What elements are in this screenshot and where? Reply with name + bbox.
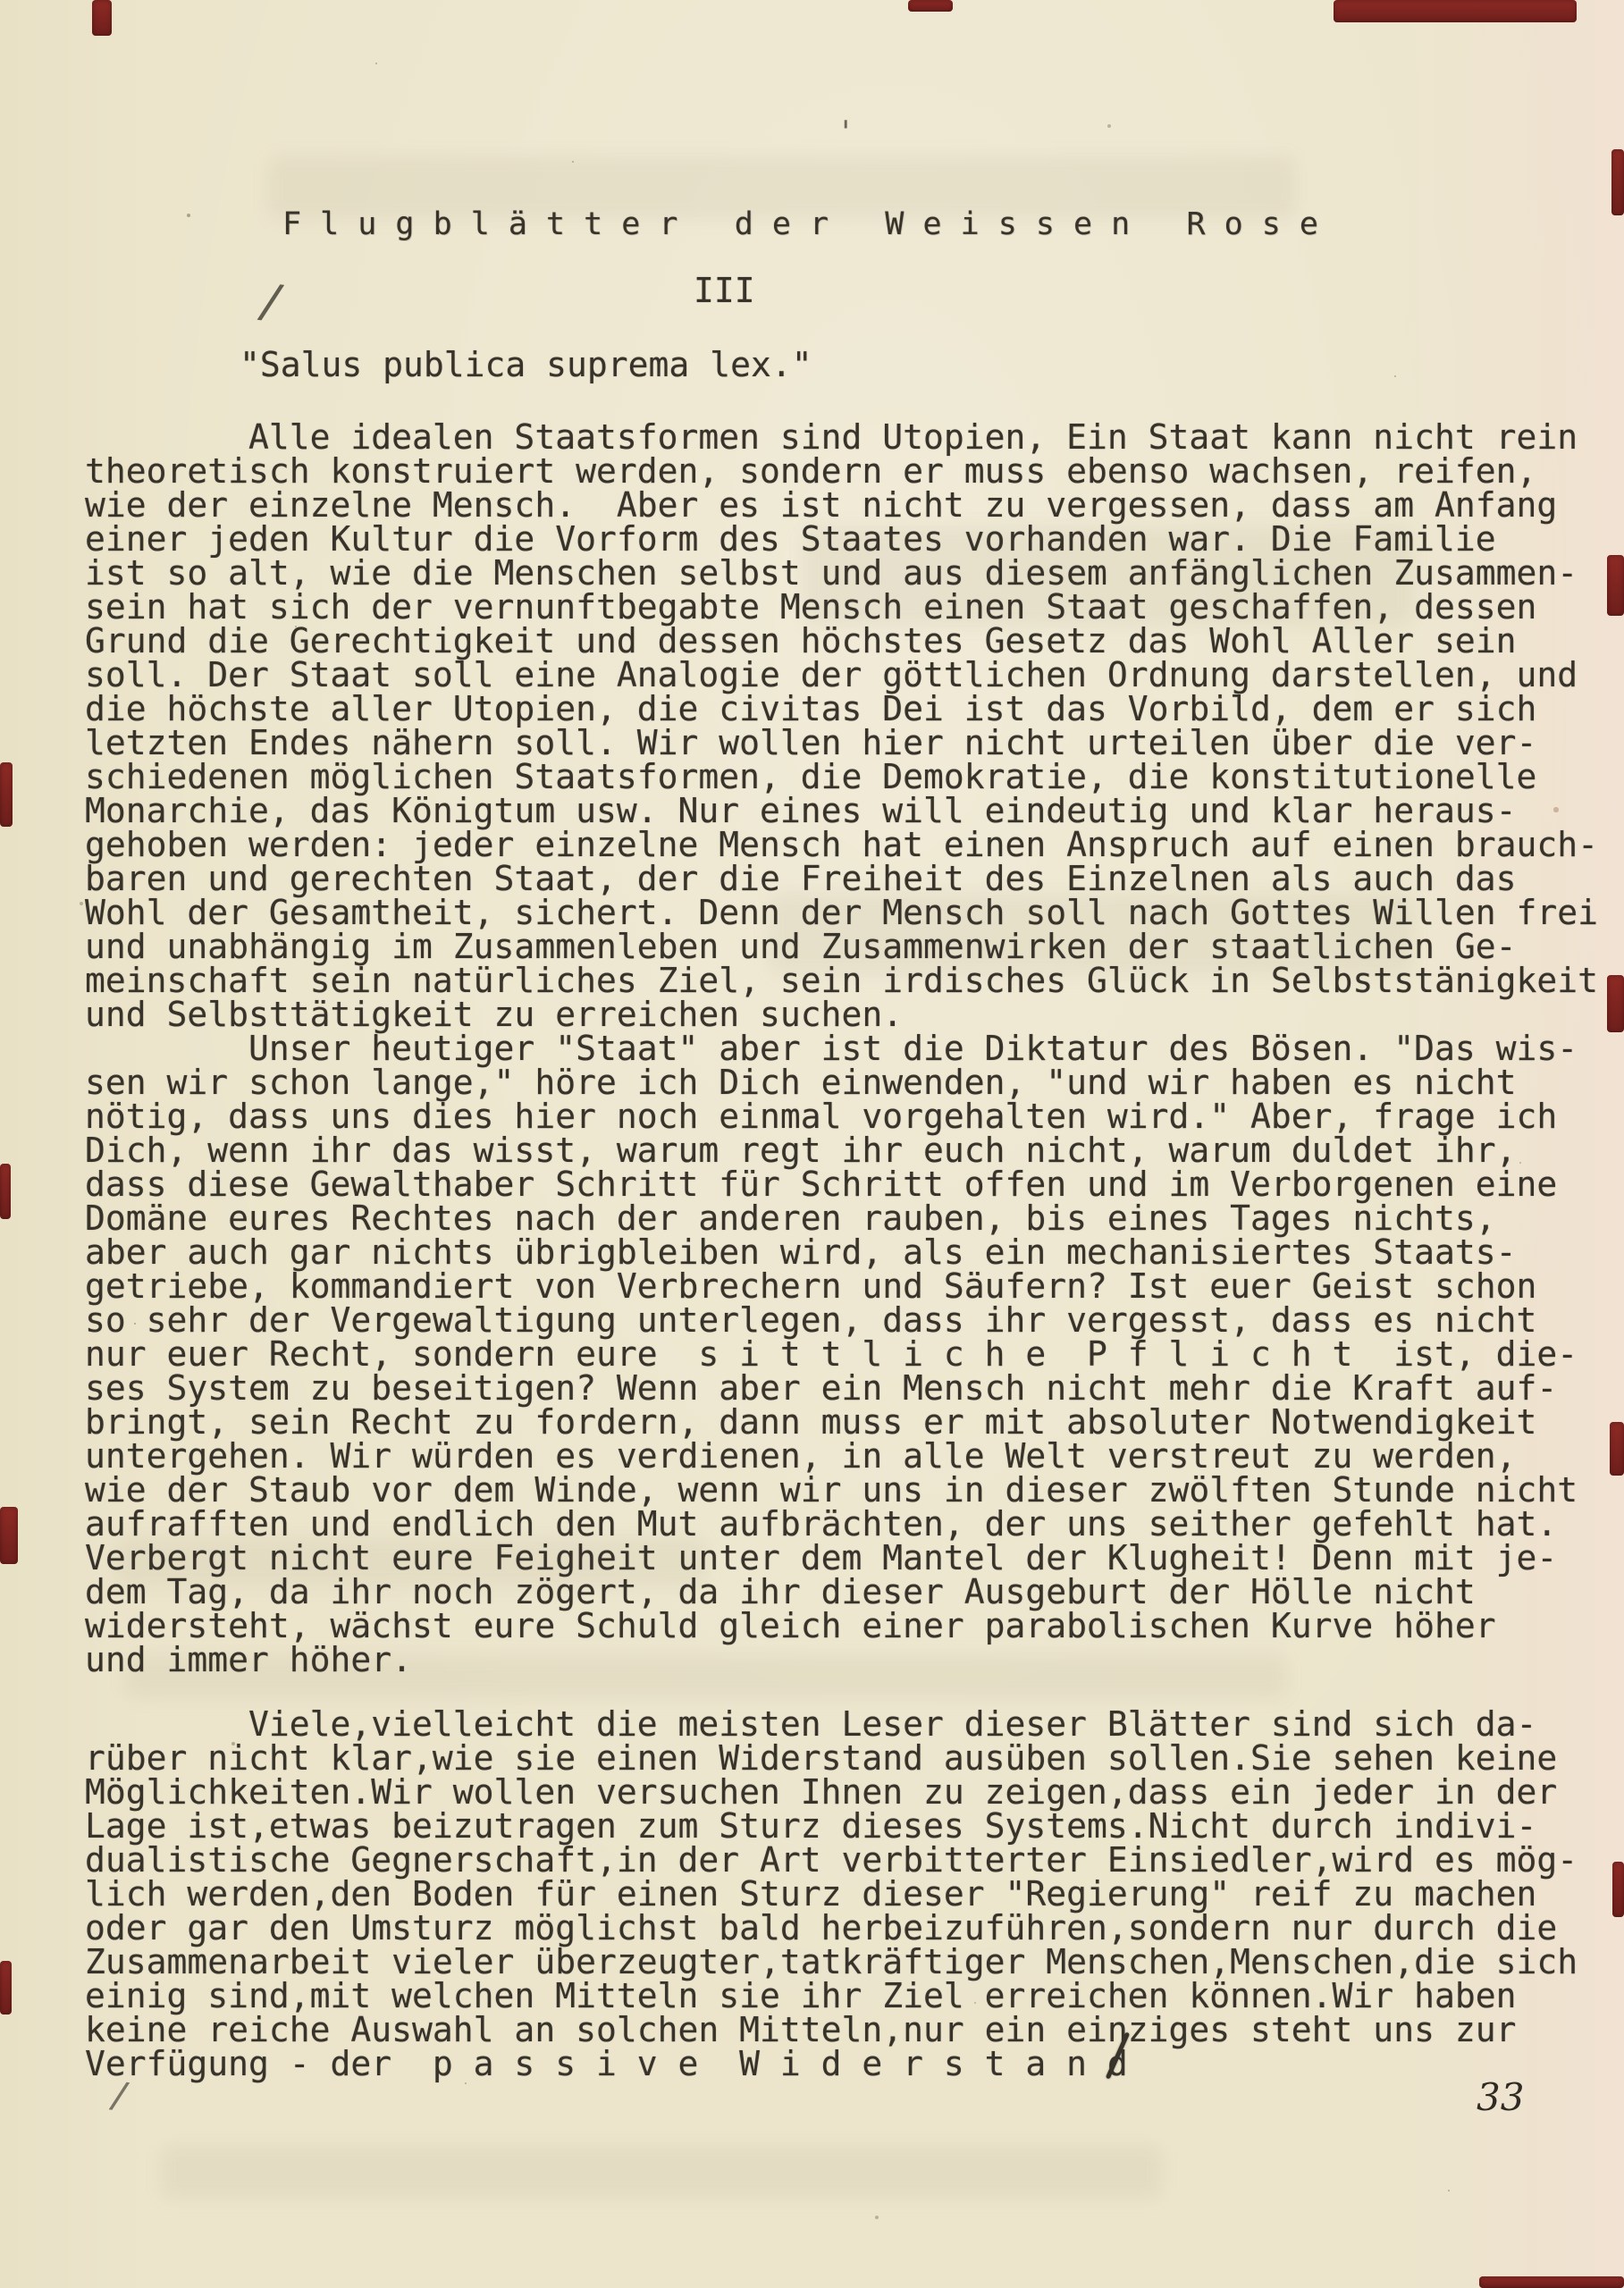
- text-line: wie der Staub vor dem Winde, wenn wir un…: [85, 1473, 1604, 1507]
- text-line: ist so alt, wie die Menschen selbst und …: [85, 556, 1604, 590]
- red-edge-mark: [0, 1507, 18, 1564]
- text-line: meinschaft sein natürliches Ziel, sein i…: [85, 963, 1604, 997]
- text-line: nur euer Recht, sondern eure s i t t l i…: [85, 1337, 1604, 1371]
- paragraph: Unser heutiger "Staat" aber ist die Dikt…: [85, 1031, 1604, 1677]
- red-edge-mark: [1607, 555, 1624, 616]
- text-line: keine reiche Auswahl an solchen Mitteln,…: [85, 2013, 1604, 2047]
- text-line: aufrafften und endlich den Mut aufbrächt…: [85, 1507, 1604, 1541]
- text-line: oder gar den Umsturz möglichst bald herb…: [85, 1911, 1604, 1945]
- text-line: theoretisch konstruiert werden, sondern …: [85, 454, 1604, 488]
- text-line: widersteht, wächst eure Schuld gleich ei…: [85, 1609, 1604, 1643]
- leaflet-number: III: [694, 271, 755, 310]
- text-line: lich werden,den Boden für einen Sturz di…: [85, 1877, 1604, 1911]
- text-line: bringt, sein Recht zu fordern, dann muss…: [85, 1405, 1604, 1439]
- text-line: Unser heutiger "Staat" aber ist die Dikt…: [85, 1031, 1604, 1065]
- text-line: aber auch gar nichts übrigbleiben wird, …: [85, 1235, 1604, 1269]
- red-edge-mark: [0, 1961, 12, 2015]
- bleed-through-smudge: [161, 2145, 1162, 2199]
- text-line: die höchste aller Utopien, die civitas D…: [85, 692, 1604, 726]
- red-edge-mark: [1611, 149, 1624, 215]
- red-edge-mark: [1612, 1862, 1624, 1917]
- text-line: gehoben werden: jeder einzelne Mensch ha…: [85, 828, 1604, 862]
- text-line: letzten Endes nähern soll. Wir wollen hi…: [85, 726, 1604, 760]
- red-edge-mark: [1610, 1422, 1624, 1476]
- red-edge-mark: [0, 762, 13, 827]
- text-line: Zusammenarbeit vieler überzeugter,tatkrä…: [85, 1945, 1604, 1979]
- text-line: einer jeden Kultur die Vorform des Staat…: [85, 522, 1604, 556]
- red-edge-mark: [1479, 2276, 1624, 2288]
- text-line: Viele,vielleicht die meisten Leser diese…: [85, 1707, 1604, 1741]
- text-line: Möglichkeiten.Wir wollen versuchen Ihnen…: [85, 1775, 1604, 1809]
- text-line: Verfügung - der p a s s i v e W i d e r …: [85, 2047, 1604, 2081]
- red-edge-mark: [1334, 0, 1577, 22]
- text-line: schiedenen möglichen Staatsformen, die D…: [85, 760, 1604, 794]
- text-line: dem Tag, da ihr noch zögert, da ihr dies…: [85, 1575, 1604, 1609]
- text-line: Alle idealen Staatsformen sind Utopien, …: [85, 420, 1604, 454]
- text-line: soll. Der Staat soll eine Analogie der g…: [85, 658, 1604, 692]
- text-line: wie der einzelne Mensch. Aber es ist nic…: [85, 488, 1604, 522]
- text-line: Monarchie, das Königtum usw. Nur eines w…: [85, 794, 1604, 828]
- motto-line: "Salus publica suprema lex.": [240, 345, 812, 384]
- text-line: und unabhängig im Zusammenleben und Zusa…: [85, 929, 1604, 963]
- red-edge-mark: [908, 0, 953, 12]
- red-edge-mark: [1607, 975, 1624, 1032]
- paragraph: Viele,vielleicht die meisten Leser diese…: [85, 1707, 1604, 2081]
- paper-speckles: [0, 0, 2, 2]
- text-line: Verbergt nicht eure Feigheit unter dem M…: [85, 1541, 1604, 1575]
- text-line: Domäne eures Rechtes nach der anderen ra…: [85, 1201, 1604, 1235]
- text-line: dass diese Gewalthaber Schritt für Schri…: [85, 1167, 1604, 1201]
- text-line: Dich, wenn ihr das wisst, warum regt ihr…: [85, 1133, 1604, 1167]
- red-edge-mark: [92, 0, 112, 36]
- page-number: 33: [1477, 2075, 1524, 2119]
- leaflet-series-title: F l u g b l ä t t e r d e r W e i s s e …: [282, 206, 1318, 242]
- text-line: sein hat sich der vernunftbegabte Mensch…: [85, 590, 1604, 624]
- text-line: so sehr der Vergewaltigung unterlegen, d…: [85, 1303, 1604, 1337]
- text-line: nötig, dass uns dies hier noch einmal vo…: [85, 1099, 1604, 1133]
- red-edge-mark: [0, 1164, 11, 1219]
- handwritten-tick-mark: ': [837, 114, 854, 150]
- text-line: Lage ist,etwas beizutragen zum Sturz die…: [85, 1809, 1604, 1843]
- text-line: und immer höher.: [85, 1643, 1604, 1677]
- text-line: getriebe, kommandiert von Verbrechern un…: [85, 1269, 1604, 1303]
- scanned-page: F l u g b l ä t t e r d e r W e i s s e …: [0, 0, 1624, 2288]
- text-line: ses System zu beseitigen? Wenn aber ein …: [85, 1371, 1604, 1405]
- text-line: einig sind,mit welchen Mitteln sie ihr Z…: [85, 1979, 1604, 2013]
- text-line: baren und gerechten Staat, der die Freih…: [85, 862, 1604, 896]
- text-line: Wohl der Gesamtheit, sichert. Denn der M…: [85, 896, 1604, 929]
- text-line: und Selbsttätigkeit zu erreichen suchen.: [85, 997, 1604, 1031]
- text-line: sen wir schon lange," höre ich Dich einw…: [85, 1065, 1604, 1099]
- handwritten-slash-mark: /: [106, 2074, 133, 2118]
- text-line: Grund die Gerechtigkeit und dessen höchs…: [85, 624, 1604, 658]
- text-line: dualistische Gegnerschaft,in der Art ver…: [85, 1843, 1604, 1877]
- text-line: untergehen. Wir würden es verdienen, in …: [85, 1439, 1604, 1473]
- handwritten-slash-mark: /: [254, 273, 289, 331]
- text-line: rüber nicht klar,wie sie einen Widerstan…: [85, 1741, 1604, 1775]
- paragraph: Alle idealen Staatsformen sind Utopien, …: [85, 420, 1604, 1031]
